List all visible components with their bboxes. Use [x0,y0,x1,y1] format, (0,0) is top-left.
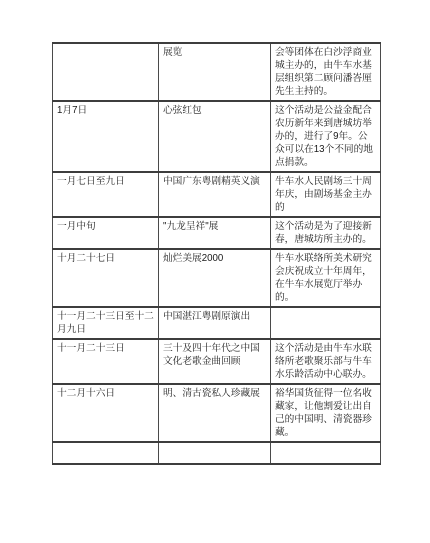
description-cell [271,307,381,339]
event-cell: 展览 [159,43,271,101]
event-cell: 中国广东粤剧精英义演 [159,172,271,217]
description-cell: 裕华国货征得一位名收藏家，让他割爱让出自己的中国明、清瓷器珍藏。 [271,384,381,442]
description-cell: 会等团体在白沙浮商业城主办的，由牛车水基层组织第二顾问潘峇厘先生主持的。 [271,43,381,101]
date-cell: 十二月十六日 [53,384,159,442]
description-cell: 牛车水人民剧场三十周年庆，由剧场基金主办的 [271,172,381,217]
event-cell: 心弦红包 [159,101,271,172]
events-table-body: 展览会等团体在白沙浮商业城主办的，由牛车水基层组织第二顾问潘峇厘先生主持的。1月… [53,43,381,464]
table-row: 一月中旬"九龙呈祥"展这个活动是为了迎接新春，唐城坊所主办的。 [53,217,381,249]
description-cell: 牛车水联络所美术研究会庆祝成立十年周年，在牛车水展览厅举办的。 [271,249,381,307]
date-cell: 1月7日 [53,101,159,172]
table-row [53,442,381,464]
description-cell [271,442,381,464]
date-cell: 十一月二十三日至十二月九日 [53,307,159,339]
date-cell [53,442,159,464]
event-cell: "九龙呈祥"展 [159,217,271,249]
date-cell [53,43,159,101]
description-cell: 这个活动是由牛车水联络所老歌聚乐部与牛车水乐龄活动中心联办。 [271,339,381,384]
table-row: 展览会等团体在白沙浮商业城主办的，由牛车水基层组织第二顾问潘峇厘先生主持的。 [53,43,381,101]
description-cell: 这个活动是公益金配合农历新年来到唐城坊举办的，进行了9年。公众可以在13个不同的… [271,101,381,172]
event-cell: 中国湛江粤剧原演出 [159,307,271,339]
table-row: 十月二十七日灿烂美展2000牛车水联络所美术研究会庆祝成立十年周年，在牛车水展览… [53,249,381,307]
table-row: 十一月二十三日至十二月九日中国湛江粤剧原演出 [53,307,381,339]
events-table: 展览会等团体在白沙浮商业城主办的，由牛车水基层组织第二顾问潘峇厘先生主持的。1月… [52,42,381,465]
event-cell: 明、清古瓷私人珍藏展 [159,384,271,442]
date-cell: 十月二十七日 [53,249,159,307]
date-cell: 一月七日至九日 [53,172,159,217]
table-row: 一月七日至九日中国广东粤剧精英义演牛车水人民剧场三十周年庆，由剧场基金主办的 [53,172,381,217]
date-cell: 一月中旬 [53,217,159,249]
event-cell [159,442,271,464]
event-cell: 三十及四十年代之中国文化老歌金曲回顾 [159,339,271,384]
event-cell: 灿烂美展2000 [159,249,271,307]
description-cell: 这个活动是为了迎接新春，唐城坊所主办的。 [271,217,381,249]
table-row: 1月7日心弦红包这个活动是公益金配合农历新年来到唐城坊举办的，进行了9年。公众可… [53,101,381,172]
table-row: 十二月十六日明、清古瓷私人珍藏展裕华国货征得一位名收藏家，让他割爱让出自己的中国… [53,384,381,442]
document-page: 展览会等团体在白沙浮商业城主办的，由牛车水基层组织第二顾问潘峇厘先生主持的。1月… [0,0,430,543]
table-row: 十一月二十三日三十及四十年代之中国文化老歌金曲回顾这个活动是由牛车水联络所老歌聚… [53,339,381,384]
date-cell: 十一月二十三日 [53,339,159,384]
